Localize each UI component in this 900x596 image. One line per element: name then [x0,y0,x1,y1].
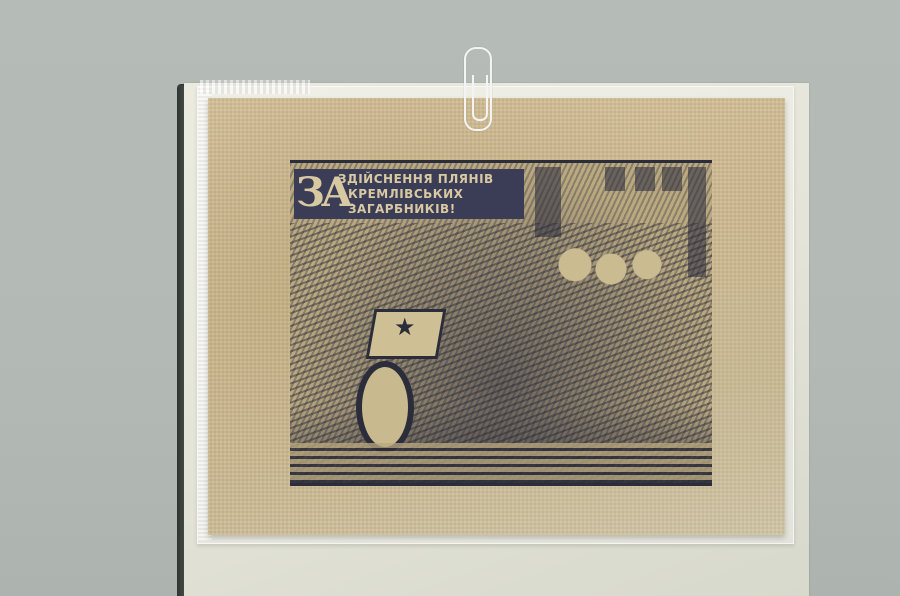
title-band: ЗА ЗДІЙСНЕННЯ ПЛЯНІВ КРЕМЛІВСЬКИХ ЗАГАРБ… [294,169,524,219]
title-line-2: КРЕМЛІВСЬКИХ [338,187,522,202]
title-line-3: ЗАГАРБНИКІВ! [338,202,522,217]
caricature-faces [545,218,665,303]
star-icon: ★ [394,313,416,341]
title-text: ЗДІЙСНЕННЯ ПЛЯНІВ КРЕМЛІВСЬКИХ ЗАГАРБНИК… [338,172,522,217]
kremlin-wall [688,167,706,277]
artillery-wheel [356,361,414,453]
paperclip-inner-loop [472,75,488,121]
title-line-1: ЗДІЙСНЕННЯ ПЛЯНІВ [338,172,522,187]
kremlin-battlement [635,167,655,191]
kremlin-battlement [662,167,682,191]
cobblestone-ground [290,443,712,483]
kremlin-battlement [605,167,625,191]
woodcut-print: ★ ЗА ЗДІЙСНЕННЯ ПЛЯНІВ КРЕМЛІВСЬКИХ ЗАГА… [290,160,712,486]
sleeve-flap [200,80,310,94]
